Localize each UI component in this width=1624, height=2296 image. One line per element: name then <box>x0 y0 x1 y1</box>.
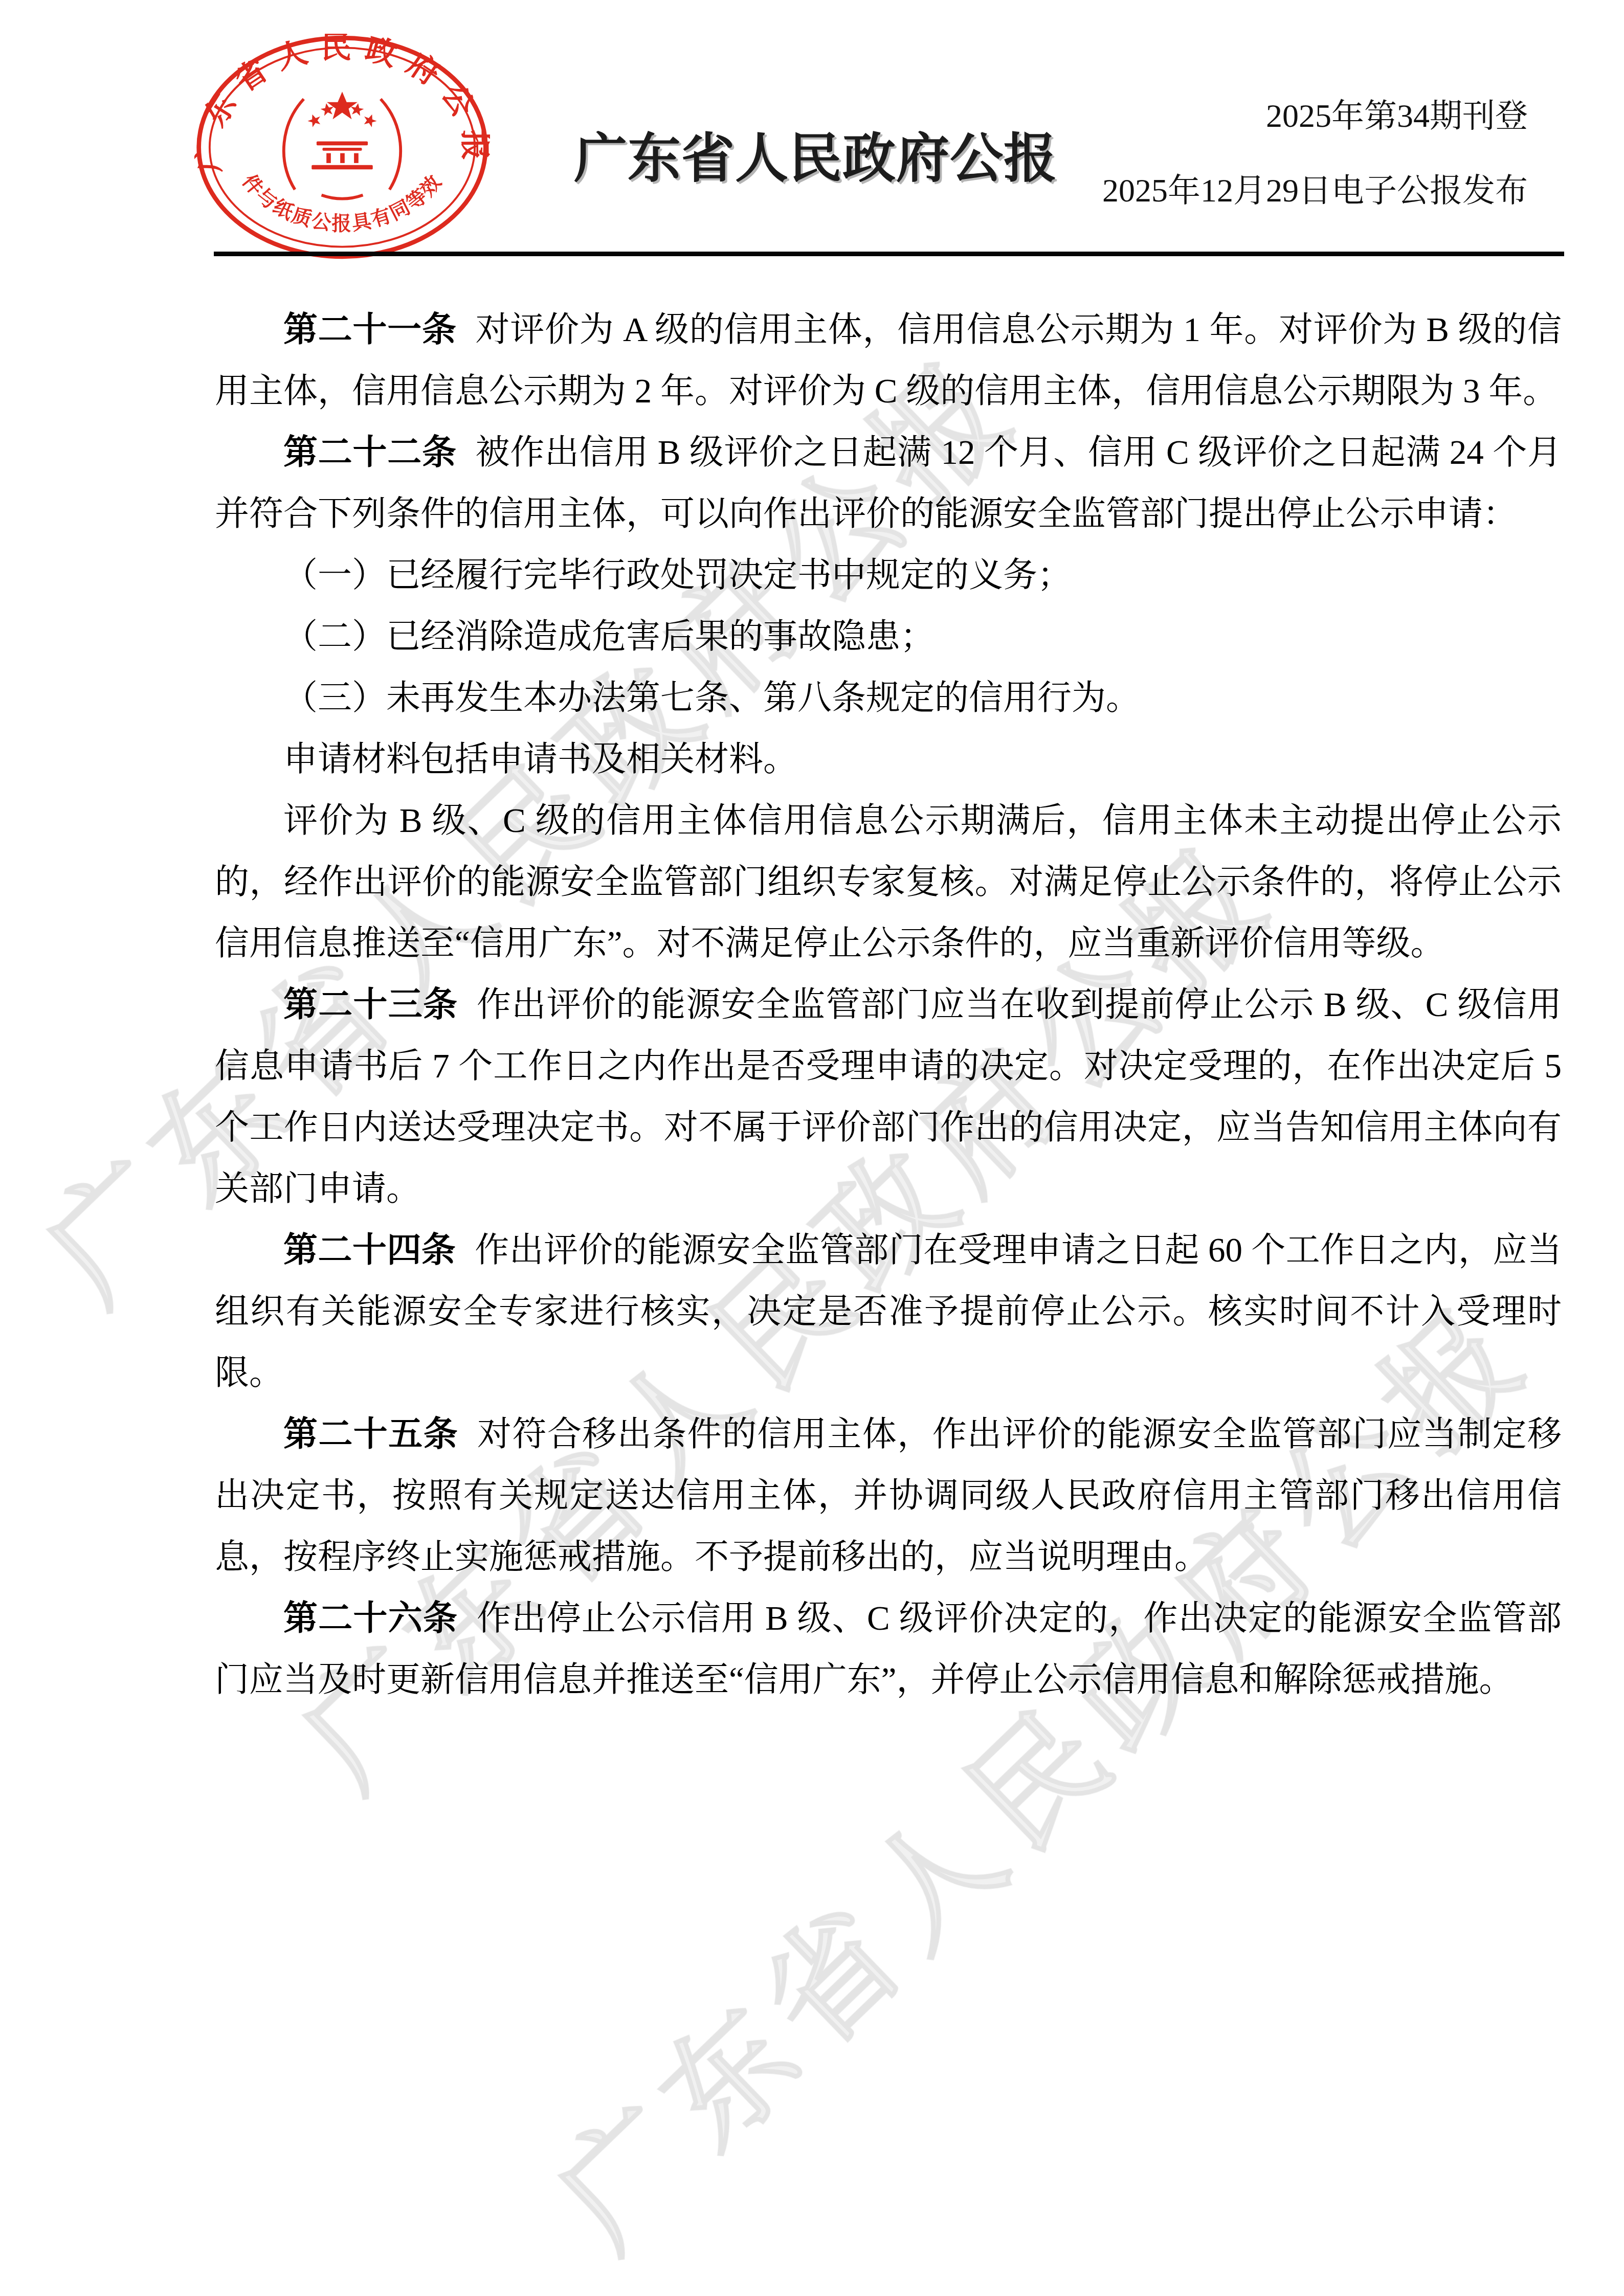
paragraph: 评价为 B 级、C 级的信用主体信用信息公示期满后，信用主体未主动提出停止公示的… <box>215 790 1562 974</box>
paragraph: 第二十四条作出评价的能源安全监管部门在受理申请之日起 60 个工作日之内，应当组… <box>215 1220 1562 1404</box>
article-number: 第二十二条 <box>283 433 457 471</box>
official-seal: 广东省人民政府公报 此件与纸质公报具有同等效力 <box>194 34 490 261</box>
paragraph: 第二十三条作出评价的能源安全监管部门应当在收到提前停止公示 B 级、C 级信用信… <box>215 974 1562 1220</box>
paragraph-text: 申请材料包括申请书及相关材料。 <box>283 740 797 778</box>
paragraph-text: （三）未再发生本办法第七条、第八条规定的信用行为。 <box>283 679 1140 717</box>
paragraph: 第二十一条对评价为 A 级的信用主体，信用信息公示期为 1 年。对评价为 B 级… <box>215 299 1562 422</box>
paragraph-text: 评价为 B 级、C 级的信用主体信用信息公示期满后，信用主体未主动提出停止公示的… <box>215 802 1562 962</box>
paragraph-text: （二）已经消除造成危害后果的事故隐患； <box>283 618 935 656</box>
article-number: 第二十三条 <box>283 985 458 1024</box>
list-item: （三）未再发生本办法第七条、第八条规定的信用行为。 <box>215 667 1562 729</box>
paragraph: 第二十五条对符合移出条件的信用主体，作出评价的能源安全监管部门应当制定移出决定书… <box>215 1404 1562 1588</box>
article-number: 第二十一条 <box>283 310 457 349</box>
gazette-title: 广东省人民政府公报 <box>574 116 1057 192</box>
seal-bottom-text: 此件与纸质公报具有同等效力 <box>238 130 447 235</box>
article-body: 第二十一条对评价为 A 级的信用主体，信用信息公示期为 1 年。对评价为 B 级… <box>215 299 1562 1710</box>
national-emblem-icon <box>284 92 401 199</box>
publish-date-line: 2025年12月29日电子公报发布 <box>1102 170 1528 212</box>
header-divider <box>214 252 1564 256</box>
article-number: 第二十六条 <box>283 1599 458 1637</box>
page-header: 广东省人民政府公报 此件与纸质公报具有同等效力 <box>0 0 1624 286</box>
header-meta: 2025年第34期刊登 2025年12月29日电子公报发布 <box>1102 95 1528 212</box>
issue-line: 2025年第34期刊登 <box>1102 95 1528 137</box>
paragraph: 第二十二条被作出信用 B 级评价之日起满 12 个月、信用 C 级评价之日起满 … <box>215 422 1562 545</box>
paragraph: 申请材料包括申请书及相关材料。 <box>215 729 1562 790</box>
paragraph-text: （一）已经履行完毕行政处罚决定书中规定的义务； <box>283 556 1072 594</box>
list-item: （二）已经消除造成危害后果的事故隐患； <box>215 606 1562 667</box>
paragraph: 第二十六条作出停止公示信用 B 级、C 级评价决定的，作出决定的能源安全监管部门… <box>215 1588 1562 1710</box>
list-item: （一）已经履行完毕行政处罚决定书中规定的义务； <box>215 545 1562 606</box>
article-number: 第二十四条 <box>283 1231 456 1269</box>
article-number: 第二十五条 <box>283 1415 458 1453</box>
